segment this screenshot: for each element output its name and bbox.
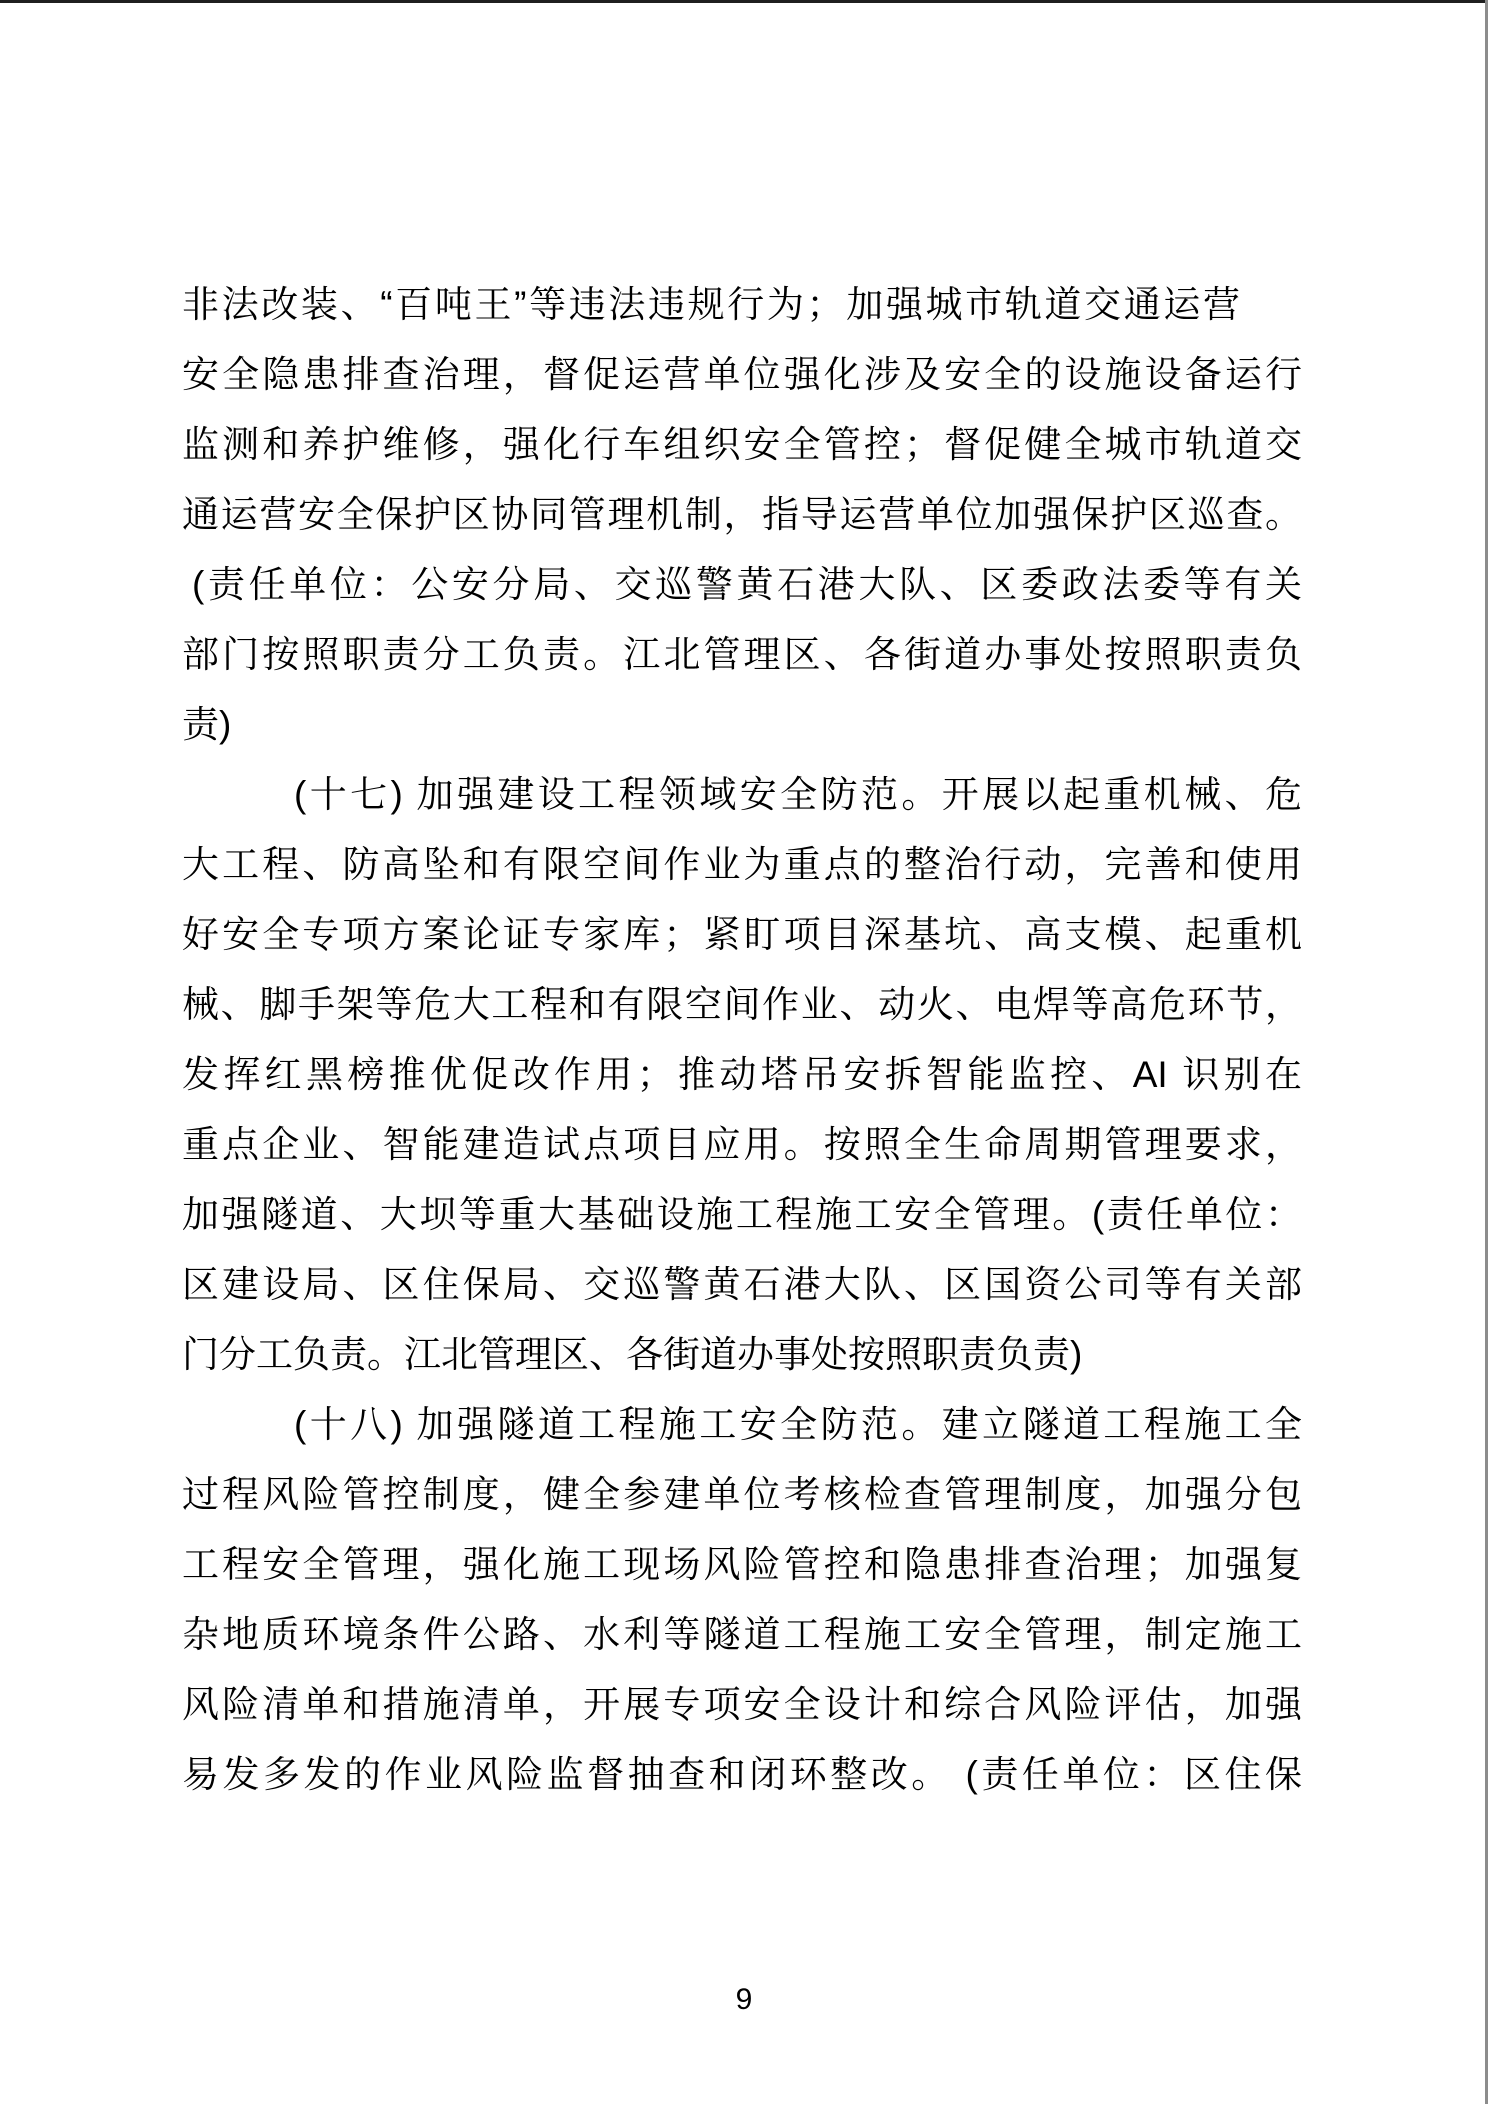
document-page: 非法改装、“百吨王”等违法违规行为；加强城市轨道交通运营安全隐患排查治理，督促运… xyxy=(0,0,1488,2104)
text-line-7: 责) xyxy=(182,690,1302,760)
text-line-14: 加强隧道、大坝等重大基础设施工程施工安全管理。(责任单位： xyxy=(182,1180,1302,1250)
text-line-13: 重点企业、智能建造试点项目应用。按照全生命周期管理要求， xyxy=(182,1110,1302,1180)
text-line-16: 门分工负责。江北管理区、各街道办事处按照职责负责) xyxy=(182,1320,1302,1390)
text-line-12: 发挥红黑榜推优促改作用；推动塔吊安拆智能监控、AI 识别在 xyxy=(182,1040,1302,1110)
text-line-5: (责任单位：公安分局、交巡警黄石港大队、区委政法委等有关 xyxy=(182,550,1302,620)
page-number: 9 xyxy=(0,1982,1488,2018)
document-text: 非法改装、“百吨王”等违法违规行为；加强城市轨道交通运营安全隐患排查治理，督促运… xyxy=(182,270,1302,1810)
text-line-15: 区建设局、区住保局、交巡警黄石港大队、区国资公司等有关部 xyxy=(182,1250,1302,1320)
text-line-19: 工程安全管理，强化施工现场风险管控和隐患排查治理；加强复 xyxy=(182,1530,1302,1600)
screenshot-top-edge xyxy=(0,0,1488,3)
text-line-6: 部门按照职责分工负责。江北管理区、各街道办事处按照职责负 xyxy=(182,620,1302,690)
text-line-3: 监测和养护维修，强化行车组织安全管控；督促健全城市轨道交 xyxy=(182,410,1302,480)
text-line-18: 过程风险管控制度，健全参建单位考核检查管理制度，加强分包 xyxy=(182,1460,1302,1530)
text-line-4: 通运营安全保护区协同管理机制，指导运营单位加强保护区巡查。 xyxy=(182,480,1302,550)
text-line-17: (十八) 加强隧道工程施工安全防范。建立隧道工程施工全 xyxy=(182,1390,1302,1460)
text-line-22: 易发多发的作业风险监督抽查和闭环整改。 (责任单位：区住保 xyxy=(182,1740,1302,1810)
text-line-20: 杂地质环境条件公路、水利等隧道工程施工安全管理，制定施工 xyxy=(182,1600,1302,1670)
text-line-1: 非法改装、“百吨王”等违法违规行为；加强城市轨道交通运营 xyxy=(182,270,1240,340)
text-line-8: (十七) 加强建设工程领域安全防范。开展以起重机械、危 xyxy=(182,760,1302,830)
text-line-2: 安全隐患排查治理，督促运营单位强化涉及安全的设施设备运行 xyxy=(182,340,1302,410)
text-line-11: 械、脚手架等危大工程和有限空间作业、动火、电焊等高危环节， xyxy=(182,970,1302,1040)
text-line-9: 大工程、防高坠和有限空间作业为重点的整治行动，完善和使用 xyxy=(182,830,1302,900)
text-line-10: 好安全专项方案论证专家库；紧盯项目深基坑、高支模、起重机 xyxy=(182,900,1302,970)
text-line-21: 风险清单和措施清单，开展专项安全设计和综合风险评估，加强 xyxy=(182,1670,1302,1740)
